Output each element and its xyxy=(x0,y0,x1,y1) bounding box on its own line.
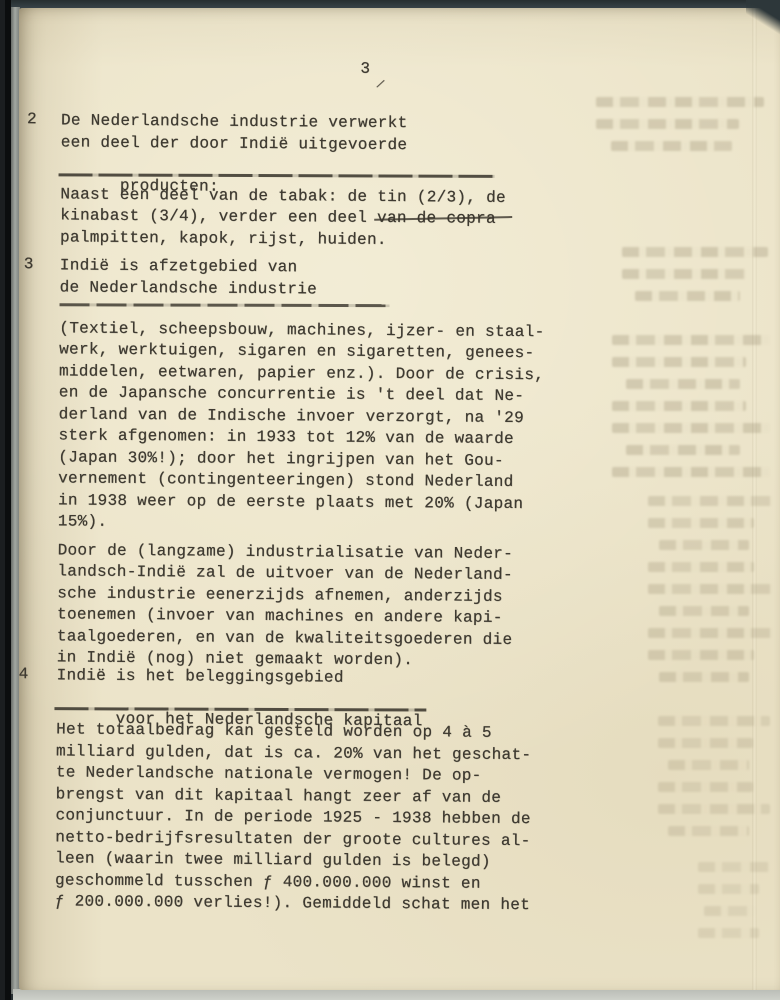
struck-through-text: van de copra xyxy=(377,208,496,230)
paragraph: (Textiel, scheepsbouw, machines, ijzer- … xyxy=(58,318,540,537)
section-4: Indië is het beleggingsgebied voor het N… xyxy=(55,665,537,916)
heading-underlined-words: voor het Nederlandsche kapitaal xyxy=(116,710,423,730)
heading-underline xyxy=(54,707,426,711)
text-line: toenemen (invoer van machines en andere … xyxy=(57,604,537,629)
heading-underlined-word: producten: xyxy=(120,176,219,195)
section-number: 4 xyxy=(19,665,49,683)
text-line: leen (waarin twee milliard gulden is bel… xyxy=(55,848,535,873)
text-line: sterk afgenomen: in 1933 tot 12% van de … xyxy=(58,425,538,450)
section-number: 2 xyxy=(27,110,57,128)
paragraph: Door de (langzame) industrialisatie van … xyxy=(57,540,538,673)
text-line: in 1938 weer op de eerste plaats met 20%… xyxy=(58,490,538,515)
section-heading-line: producten: xyxy=(61,153,541,178)
text-line: 15%). xyxy=(58,511,538,536)
text-line: kinabast (3/4), verder een deel van de c… xyxy=(60,205,540,230)
typewritten-text-layer: 3 / 2 De Nederlandsche industrie verwerk… xyxy=(0,0,780,1000)
heading-underline xyxy=(60,303,390,306)
section-number: 3 xyxy=(24,255,54,273)
text-line: werk, werktuigen, sigaren en sigaretten,… xyxy=(59,339,539,364)
section-heading-line: De Nederlandsche industrie verwerkt xyxy=(61,110,541,135)
text-line: vernement (contingenteeringen) stond Ned… xyxy=(58,468,538,493)
text-line: te Nederlandsche nationale vermogen! De … xyxy=(56,762,536,787)
section-heading-line: voor het Nederlandsche kapitaal xyxy=(56,687,536,712)
text-line: landsch-Indië zal de uitvoer van de Nede… xyxy=(57,561,537,586)
section-heading-line: de Nederlandsche industrie xyxy=(60,277,540,302)
text-line: en de Japansche concurrentie is 't deel … xyxy=(59,382,539,407)
text-line: ƒ 200.000.000 verlies!). Gemiddeld schat… xyxy=(55,891,535,916)
paragraph: Het totaalbedrag kan gesteld worden op 4… xyxy=(55,719,537,916)
text-line: palmpitten, kapok, rijst, huiden. xyxy=(60,227,540,252)
text-line: conjunctuur. In de periode 1925 - 1938 h… xyxy=(55,805,535,830)
section-2: De Nederlandsche industrie verwerkt een … xyxy=(60,110,541,252)
section-heading-line: Indië is afzetgebied van xyxy=(60,255,540,280)
section-3: Indië is afzetgebied van de Nederlandsch… xyxy=(57,255,540,672)
